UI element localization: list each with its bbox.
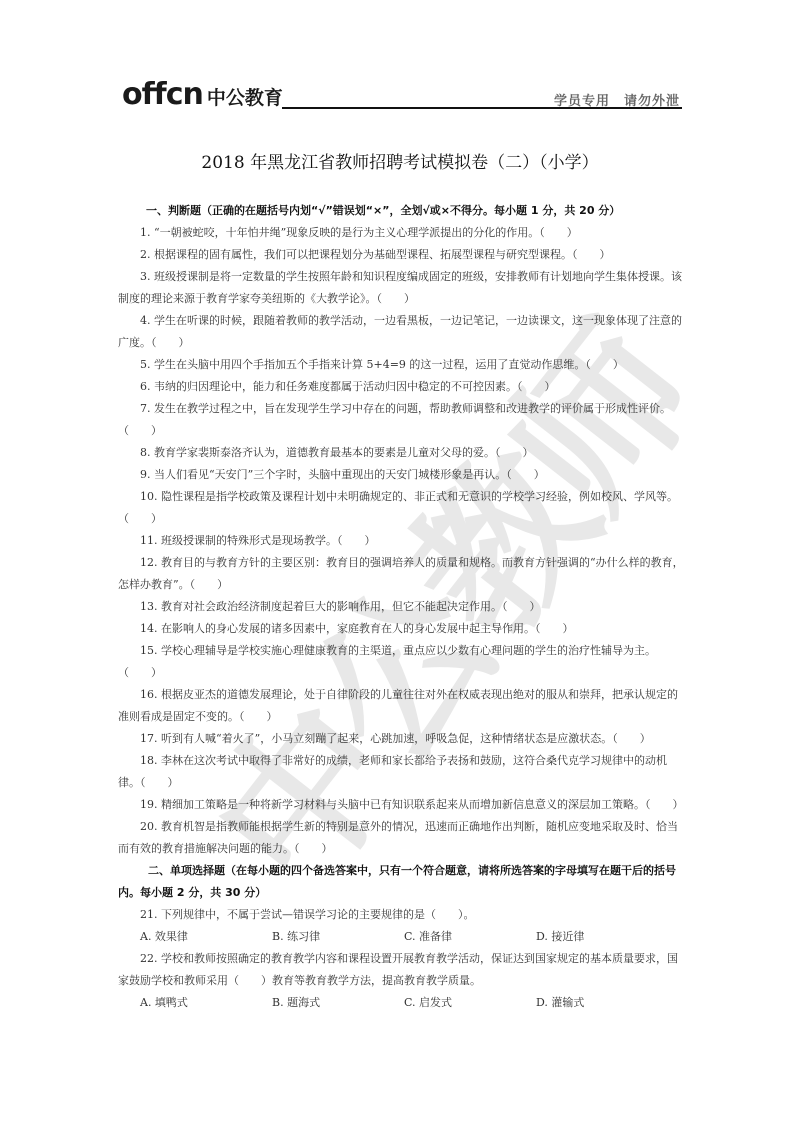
question-4: 4. 学生在听课的时候，跟随着教师的教学活动，一边看黑板，一边记笔记，一边读课文… <box>118 310 686 354</box>
question-12: 12. 教育目的与教育方针的主要区别：教育目的强调培养人的质量和规格。而教育方针… <box>118 552 686 596</box>
question-5: 5. 学生在头脑中用四个手指加五个手指来计算 5+4=9 的这一过程，运用了直觉… <box>118 354 686 376</box>
question-2: 2. 根据课程的固有属性，我们可以把课程划分为基础型课程、拓展型课程与研究型课程… <box>118 244 686 266</box>
question-22-options: A. 填鸭式 B. 题海式 C. 启发式 D. 灌输式 <box>118 992 686 1014</box>
option-a: A. 效果律 <box>140 926 272 948</box>
question-3: 3. 班级授课制是将一定数量的学生按照年龄和知识程度编成固定的班级，安排教师有计… <box>118 266 686 310</box>
question-9: 9. 当人们看见“天安门”三个字时，头脑中重现出的天安门城楼形象是再认。（ ） <box>118 464 686 486</box>
option-d: D. 接近律 <box>536 926 668 948</box>
question-6: 6. 韦纳的归因理论中，能力和任务难度都属于活动归因中稳定的不可控因素。（ ） <box>118 376 686 398</box>
option-d: D. 灌输式 <box>536 992 668 1014</box>
question-1: 1. “一朝被蛇咬，十年怕井绳”现象反映的是行为主义心理学派提出的分化的作用。（… <box>118 222 686 244</box>
question-19: 19. 精细加工策略是一种将新学习材料与头脑中已有知识联系起来从而增加新信息意义… <box>118 794 686 816</box>
question-20: 20. 教育机智是指教师能根据学生新的特别是意外的情况，迅速而正确地作出判断，随… <box>118 816 686 860</box>
question-13: 13. 教育对社会政治经济制度起着巨大的影响作用，但它不能起决定作用。（ ） <box>118 596 686 618</box>
option-c: C. 准备律 <box>404 926 536 948</box>
option-a: A. 填鸭式 <box>140 992 272 1014</box>
logo-chinese-name: 中公教育 <box>207 86 283 110</box>
question-17: 17. 听到有人喊“着火了”，小马立刻蹦了起来，心跳加速，呼吸急促，这种情绪状态… <box>118 728 686 750</box>
question-21-options: A. 效果律 B. 练习律 C. 准备律 D. 接近律 <box>118 926 686 948</box>
question-21: 21. 下列规律中，不属于尝试—错误学习论的主要规律的是（ ）。 <box>118 904 686 926</box>
question-14: 14. 在影响人的身心发展的诸多因素中，家庭教育在人的身心发展中起主导作用。（ … <box>118 618 686 640</box>
question-7: 7. 发生在教学过程之中，旨在发现学生学习中存在的问题，帮助教师调整和改进教学的… <box>118 398 686 442</box>
question-10: 10. 隐性课程是指学校政策及课程计划中未明确规定的、非正式和无意识的学校学习经… <box>118 486 686 530</box>
option-c: C. 启发式 <box>404 992 536 1014</box>
question-8: 8. 教育学家裴斯泰洛齐认为，道德教育最基本的要素是儿童对父母的爱。（ ） <box>118 442 686 464</box>
question-18: 18. 李林在这次考试中取得了非常好的成绩，老师和家长都给予表扬和鼓励，这符合桑… <box>118 750 686 794</box>
question-16: 16. 根据皮亚杰的道德发展理论，处于自律阶段的儿童往往对外在权威表现出绝对的服… <box>118 684 686 728</box>
offcn-logo: offcn 中公教育 <box>122 80 283 110</box>
exam-content: 一、判断题（正确的在题括号内划“√”错误划“×”，全划√或×不得分。每小题 1 … <box>118 200 686 1014</box>
question-15: 15. 学校心理辅导是学校实施心理健康教育的主渠道，重点应以少数有心理问题的学生… <box>118 640 686 684</box>
section-heading-multiple-choice: 二、单项选择题（在每小题的四个备选答案中，只有一个符合题意，请将所选答案的字母填… <box>118 860 686 904</box>
page-header: offcn 中公教育 学员专用 请勿外泄 <box>122 78 682 118</box>
logo-wordmark: offcn <box>122 80 203 110</box>
option-b: B. 题海式 <box>272 992 404 1014</box>
option-b: B. 练习律 <box>272 926 404 948</box>
document-title: 2018 年黑龙江省教师招聘考试模拟卷（二）（小学） <box>0 148 800 173</box>
confidential-tag: 学员专用 请勿外泄 <box>554 90 680 109</box>
question-11: 11. 班级授课制的特殊形式是现场教学。（ ） <box>118 530 686 552</box>
section-heading-true-false: 一、判断题（正确的在题括号内划“√”错误划“×”，全划√或×不得分。每小题 1 … <box>118 200 686 222</box>
question-22: 22. 学校和教师按照确定的教育教学内容和课程设置开展教育教学活动，保证达到国家… <box>118 948 686 992</box>
